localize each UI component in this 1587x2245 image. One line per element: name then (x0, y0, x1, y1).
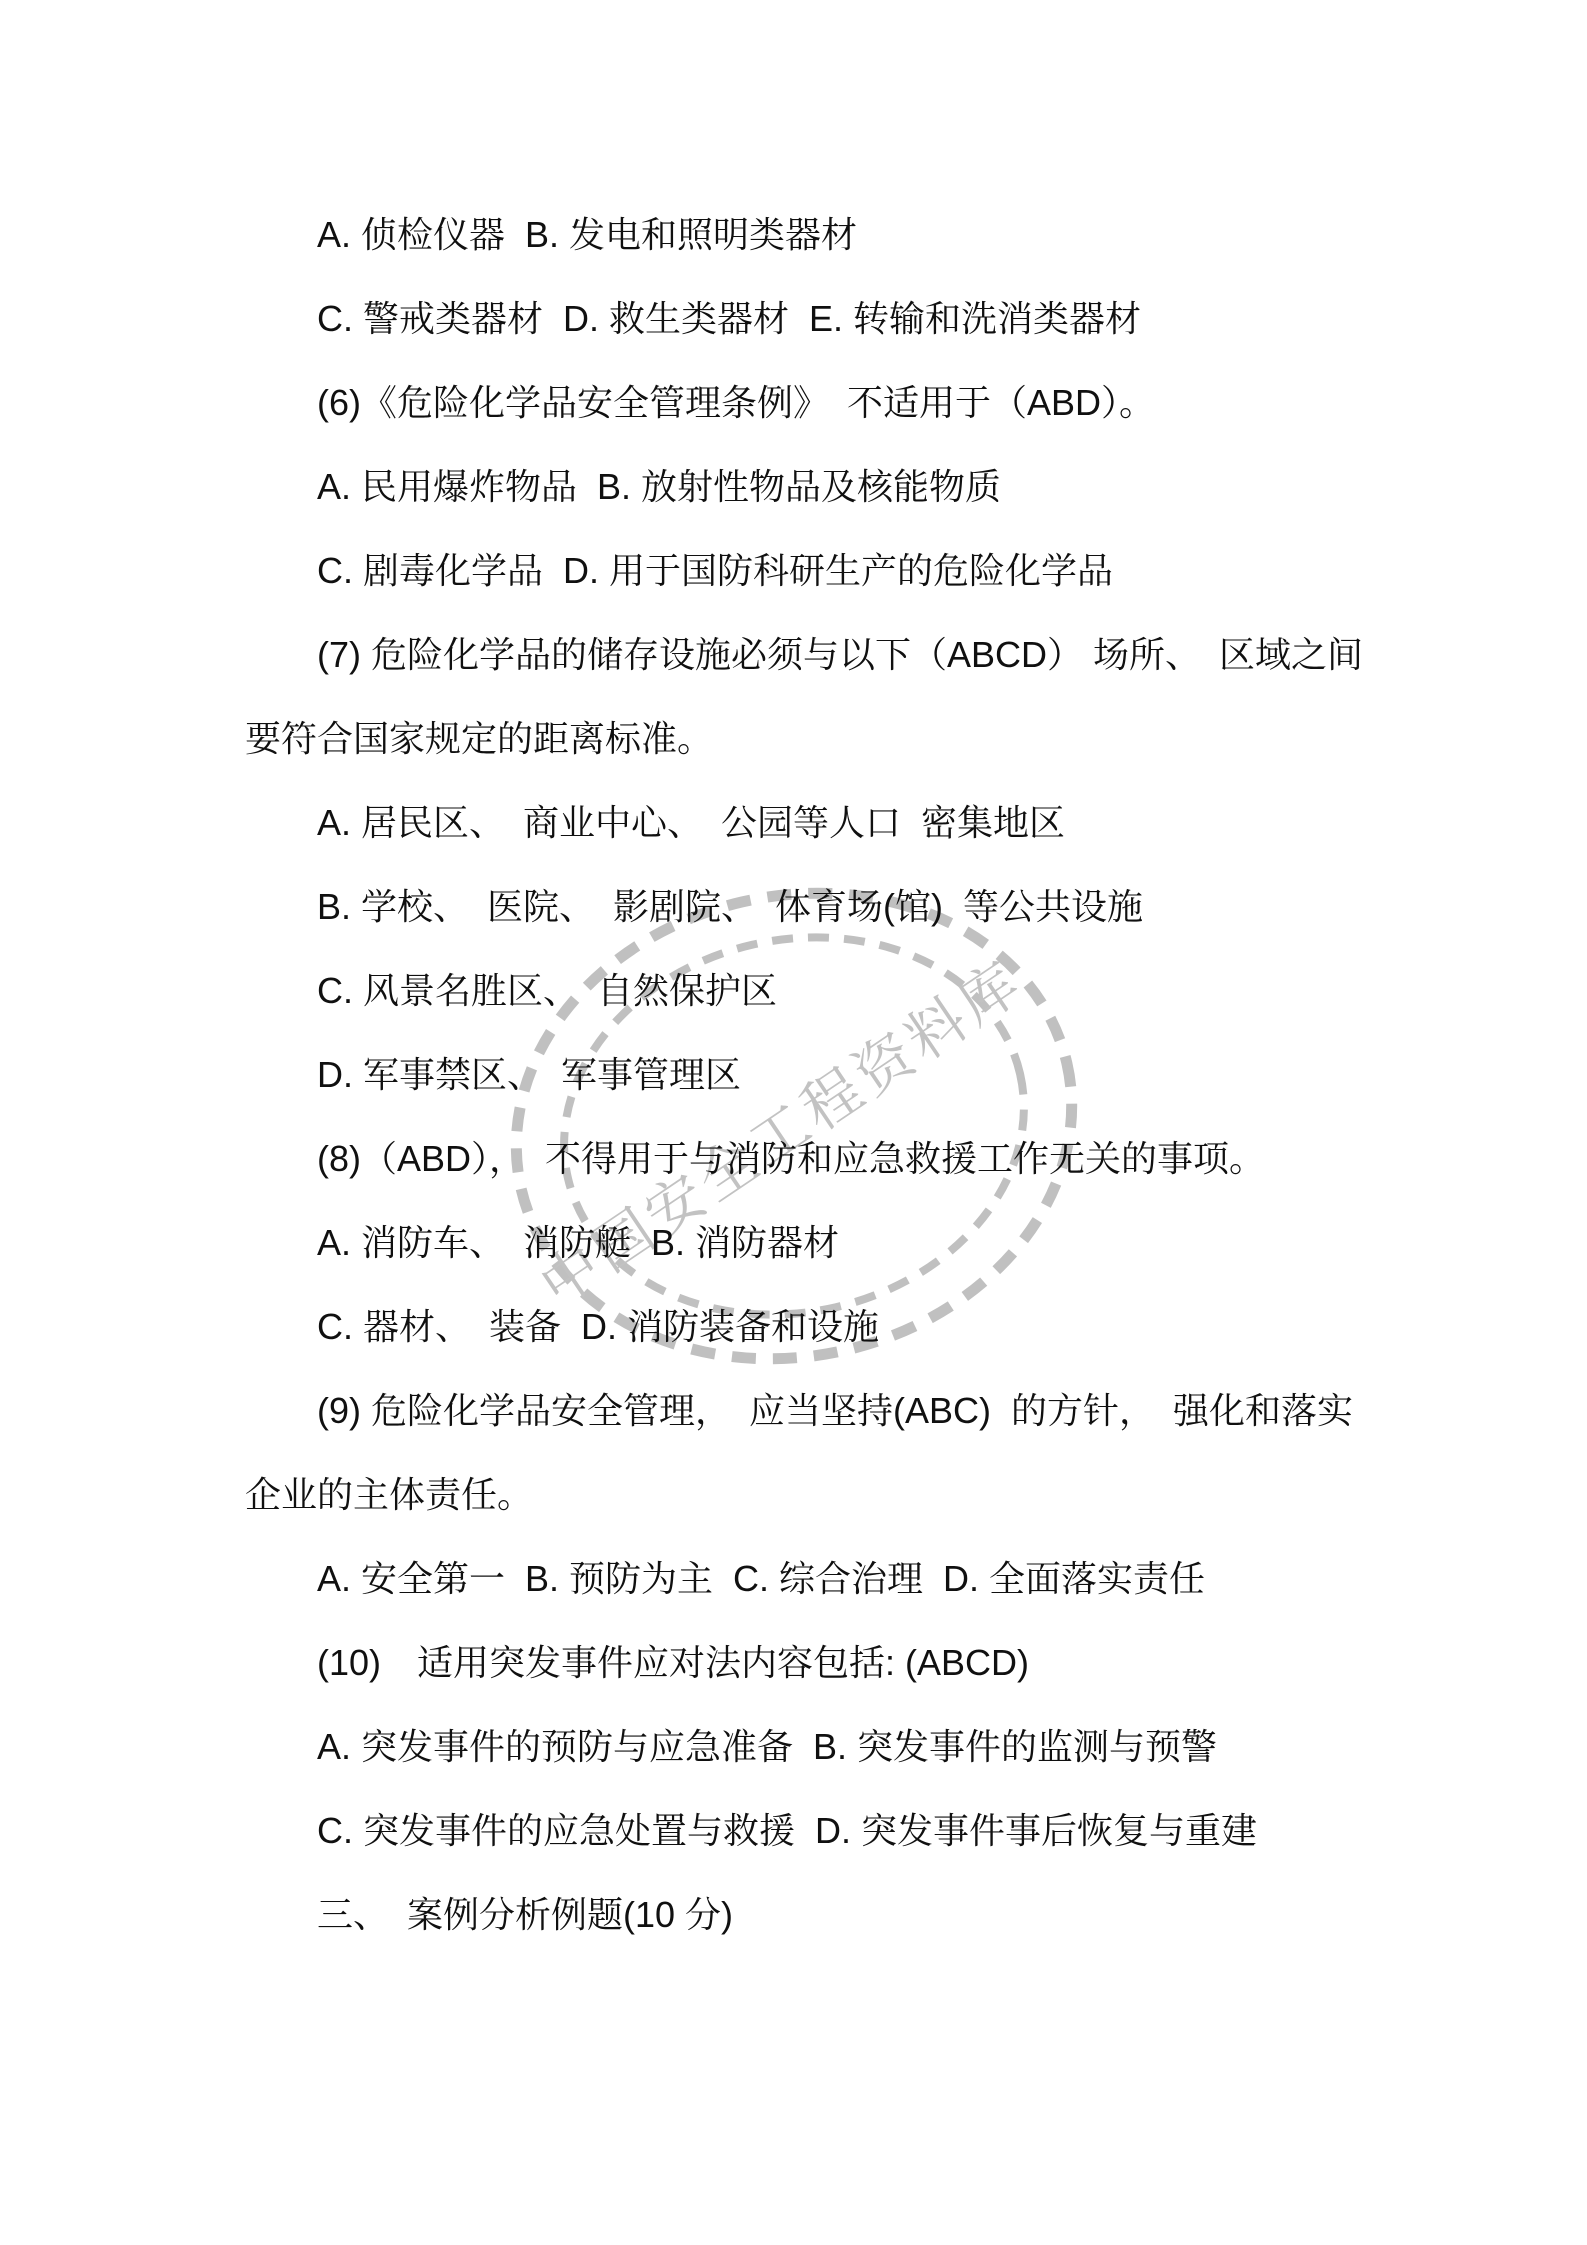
option-line: A. 突发事件的预防与应急准备 B. 突发事件的监测与预警 (245, 1705, 1355, 1789)
question-line: (8)（ABD）， 不得用于与消防和应急救援工作无关的事项。 (245, 1117, 1355, 1201)
question-continuation-line: 要符合国家规定的距离标准。 (245, 697, 1355, 781)
option-line: C. 突发事件的应急处置与救援 D. 突发事件事后恢复与重建 (245, 1789, 1355, 1873)
option-line: D. 军事禁区、 军事管理区 (245, 1033, 1355, 1117)
document-body: A. 侦检仪器 B. 发电和照明类器材 C. 警戒类器材 D. 救生类器材 E.… (245, 193, 1355, 1957)
section-heading: 三、 案例分析例题(10 分) (245, 1873, 1355, 1957)
document-page: { "page": { "background_color": "#ffffff… (0, 0, 1587, 2245)
option-line: A. 民用爆炸物品 B. 放射性物品及核能物质 (245, 445, 1355, 529)
question-line: (7) 危险化学品的储存设施必须与以下（ABCD） 场所、 区域之间 (245, 613, 1355, 697)
option-line: A. 居民区、 商业中心、 公园等人口 密集地区 (245, 781, 1355, 865)
question-line: (9) 危险化学品安全管理， 应当坚持(ABC) 的方针， 强化和落实 (245, 1369, 1355, 1453)
option-line: A. 侦检仪器 B. 发电和照明类器材 (245, 193, 1355, 277)
option-line: A. 消防车、 消防艇 B. 消防器材 (245, 1201, 1355, 1285)
option-line: C. 风景名胜区、 自然保护区 (245, 949, 1355, 1033)
option-line: C. 剧毒化学品 D. 用于国防科研生产的危险化学品 (245, 529, 1355, 613)
question-line: (10) 适用突发事件应对法内容包括: (ABCD) (245, 1621, 1355, 1705)
option-line: B. 学校、 医院、 影剧院、 体育场(馆) 等公共设施 (245, 865, 1355, 949)
option-line: A. 安全第一 B. 预防为主 C. 综合治理 D. 全面落实责任 (245, 1537, 1355, 1621)
option-line: C. 器材、 装备 D. 消防装备和设施 (245, 1285, 1355, 1369)
option-line: C. 警戒类器材 D. 救生类器材 E. 转输和洗消类器材 (245, 277, 1355, 361)
question-continuation-line: 企业的主体责任。 (245, 1453, 1355, 1537)
question-line: (6)《危险化学品安全管理条例》 不适用于（ABD）。 (245, 361, 1355, 445)
